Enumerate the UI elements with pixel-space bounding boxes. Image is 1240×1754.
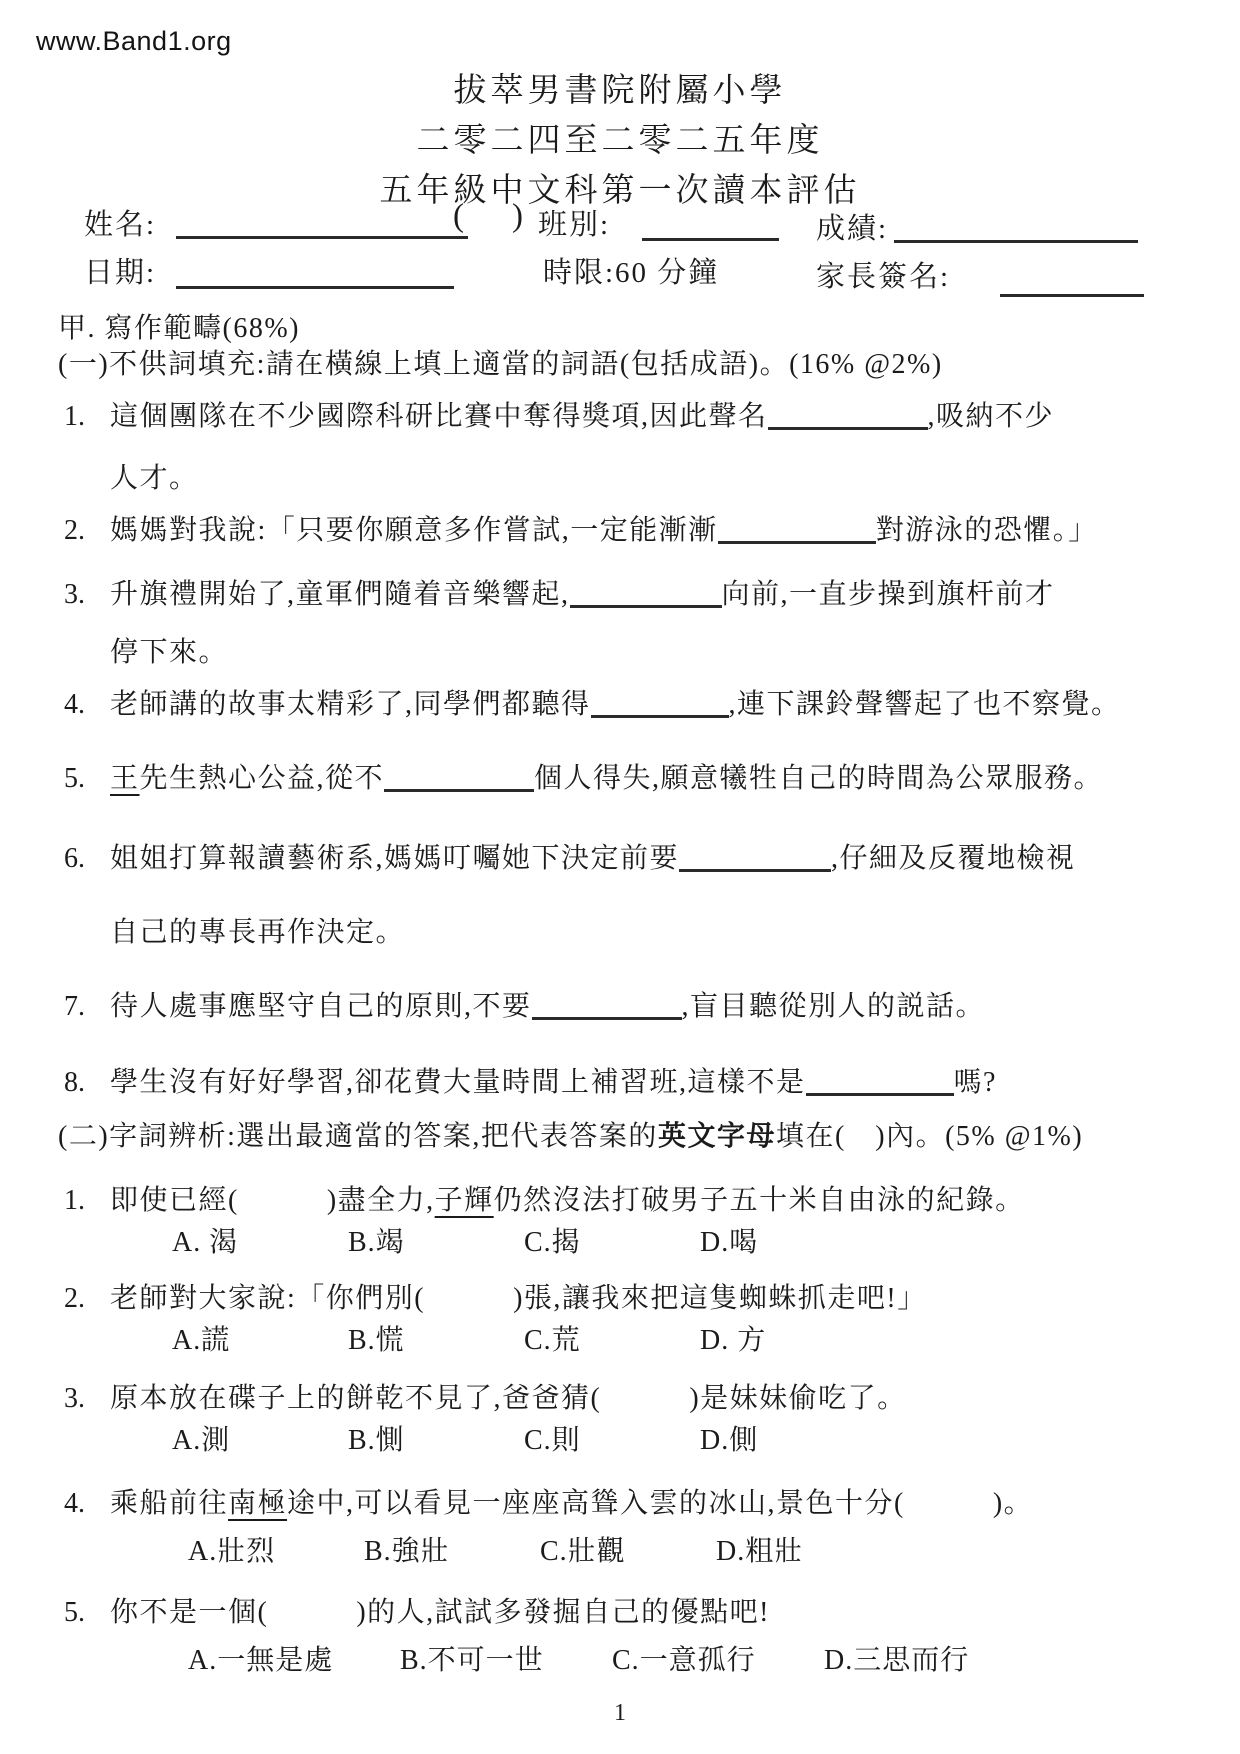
option-d: D.粗壯 [716, 1529, 803, 1569]
question-text: 即使已經( [110, 1185, 239, 1216]
question-text: 老師對大家說:「你們別( [110, 1283, 425, 1314]
score-label: 成績: [816, 206, 888, 247]
question-text: 你不是一個( [110, 1597, 268, 1628]
question-number: 5. [64, 1597, 110, 1629]
question-text: 嗎? [954, 1067, 997, 1098]
options-row: A.測B.惻C.則D.側 [172, 1418, 758, 1458]
class-number-paren-open: ( [453, 198, 466, 235]
question-text: 乘船前往 [110, 1488, 228, 1519]
score-line[interactable] [894, 240, 1138, 243]
mc-question-5: 5.你不是一個()的人,試試多發掘自己的優點吧! [64, 1590, 1204, 1630]
fill-question-5: 5.王先生熱心公益,從不個人得失,願意犧牲自己的時間為公眾服務。 [64, 756, 1204, 796]
answer-blank[interactable] [679, 843, 831, 872]
page-number: 1 [0, 1700, 1240, 1727]
question-text: ,吸納不少 [928, 401, 1055, 432]
question-number: 1. [64, 1185, 110, 1217]
option-a: A.一無是處 [188, 1638, 400, 1678]
option-a: A.謊 [172, 1318, 348, 1358]
answer-paren-slot[interactable] [601, 1381, 689, 1407]
fill-question-2: 2.媽媽對我說:「只要你願意多作嘗試,一定能漸漸對游泳的恐懼。」 [64, 508, 1204, 548]
answer-paren-slot[interactable] [239, 1183, 327, 1209]
option-b: B.不可一世 [400, 1638, 612, 1678]
options-row: A.一無是處B.不可一世C.一意孤行D.三思而行 [188, 1638, 1036, 1678]
option-b: B.慌 [348, 1318, 524, 1358]
option-b: B.竭 [348, 1220, 524, 1260]
part1-heading: (一)不供詞填充:請在橫線上填上適當的詞語(包括成語)。(16% @2%) [58, 342, 1198, 382]
school-name: 拔萃男書院附屬小學 [0, 64, 1240, 111]
date-line[interactable] [176, 286, 454, 289]
option-a: A.壯烈 [188, 1529, 364, 1569]
answer-blank[interactable] [806, 1067, 954, 1096]
question-text: )是妹妹偷吃了。 [689, 1383, 906, 1414]
option-c: C.揭 [524, 1220, 700, 1260]
section-a-heading: 甲. 寫作範疇(68%) [58, 306, 1198, 346]
answer-paren-slot[interactable] [425, 1281, 513, 1307]
class-label: 班別: [538, 202, 610, 243]
answer-blank[interactable] [718, 515, 876, 544]
question-number: 3. [64, 1383, 110, 1415]
option-d: D.喝 [700, 1220, 758, 1260]
answer-blank[interactable] [570, 579, 722, 608]
question-number: 2. [64, 1283, 110, 1315]
part2-heading: (二)字詞辨析:選出最適當的答案,把代表答案的英文字母填在( )內。(5% @1… [58, 1114, 1198, 1154]
option-d: D.側 [700, 1418, 758, 1458]
option-b: B.強壯 [364, 1529, 540, 1569]
question-text: 這個團隊在不少國際科研比賽中奪得獎項,因此聲名 [110, 401, 768, 432]
parent-signature-line[interactable] [1000, 294, 1144, 297]
fill-question-3: 3.升旗禮開始了,童軍們隨着音樂響起,向前,一直步操到旗杆前才 [64, 572, 1204, 612]
class-number-paren-close: ) [512, 198, 525, 235]
fill-question-1: 1.這個團隊在不少國際科研比賽中奪得獎項,因此聲名,吸納不少 [64, 394, 1204, 434]
underlined-word: 子輝 [435, 1185, 494, 1216]
option-c: C.則 [524, 1418, 700, 1458]
underlined-word: 王 [110, 763, 140, 794]
question-text: 待人處事應堅守自己的原則,不要 [110, 991, 532, 1022]
question-number: 4. [64, 1488, 110, 1520]
question-number: 2. [64, 515, 110, 547]
question-text-continuation: 自己的專長再作決定。 [110, 910, 405, 950]
question-text: )張,讓我來把這隻蜘蛛抓走吧!」 [513, 1283, 927, 1314]
question-text: 向前,一直步操到旗杆前才 [722, 579, 1055, 610]
parent-signature-label: 家長簽名: [816, 254, 950, 295]
question-number: 6. [64, 843, 110, 875]
question-number: 8. [64, 1067, 110, 1099]
question-text: )的人,試試多發掘自己的優點吧! [356, 1597, 770, 1628]
answer-blank[interactable] [384, 763, 534, 792]
part2-heading-text: (二)字詞辨析:選出最適當的答案,把代表答案的 [58, 1121, 658, 1152]
time-limit-label: 時限:60 分鐘 [543, 250, 719, 291]
question-text: ,仔細及反覆地檢視 [831, 843, 1076, 874]
options-row: A.壯烈B.強壯C.壯觀D.粗壯 [188, 1529, 803, 1569]
fill-question-7: 7.待人處事應堅守自己的原則,不要,盲目聽從別人的説話。 [64, 984, 1204, 1024]
question-number: 5. [64, 763, 110, 795]
option-a: A.測 [172, 1418, 348, 1458]
option-b: B.惻 [348, 1418, 524, 1458]
question-text-continuation: 人才。 [110, 456, 199, 496]
option-c: C.荒 [524, 1318, 700, 1358]
underlined-word: 南極 [228, 1488, 287, 1519]
mc-question-1: 1.即使已經()盡全力,子輝仍然沒法打破男子五十米自由泳的紀錄。 [64, 1178, 1204, 1218]
question-text: 老師講的故事太精彩了,同學們都聽得 [110, 689, 591, 720]
question-text: 對游泳的恐懼。」 [876, 515, 1098, 546]
question-text: 姐姐打算報讀藝術系,媽媽叮囑她下決定前要 [110, 843, 679, 874]
question-number: 1. [64, 401, 110, 433]
fill-question-4: 4.老師講的故事太精彩了,同學們都聽得,連下課鈴聲響起了也不察覺。 [64, 682, 1204, 722]
options-row: A. 渴B.竭C.揭D.喝 [172, 1220, 758, 1260]
question-number: 7. [64, 991, 110, 1023]
question-text-continuation: 停下來。 [110, 630, 228, 670]
mc-question-4: 4.乘船前往南極途中,可以看見一座座高聳入雲的冰山,景色十分()。 [64, 1481, 1204, 1521]
option-a: A. 渴 [172, 1220, 348, 1260]
mc-question-3: 3.原本放在碟子上的餅乾不見了,爸爸猜()是妹妹偷吃了。 [64, 1376, 1204, 1416]
question-text: )盡全力, [327, 1185, 435, 1216]
question-number: 3. [64, 579, 110, 611]
answer-blank[interactable] [591, 689, 729, 718]
answer-blank[interactable] [768, 401, 928, 430]
question-text: 途中,可以看見一座座高聳入雲的冰山,景色十分( [287, 1488, 905, 1519]
fill-question-8: 8.學生沒有好好學習,卻花費大量時間上補習班,這樣不是嗎? [64, 1060, 1204, 1100]
question-text: 原本放在碟子上的餅乾不見了,爸爸猜( [110, 1383, 601, 1414]
answer-blank[interactable] [532, 991, 682, 1020]
option-d: D.三思而行 [824, 1638, 1036, 1678]
question-text: 媽媽對我說:「只要你願意多作嘗試,一定能漸漸 [110, 515, 718, 546]
watermark: www.Band1.org [36, 26, 232, 57]
academic-year: 二零二四至二零二五年度 [0, 114, 1240, 161]
question-number: 4. [64, 689, 110, 721]
question-text: ,連下課鈴聲響起了也不察覺。 [729, 689, 1121, 720]
question-text: 學生沒有好好學習,卻花費大量時間上補習班,這樣不是 [110, 1067, 806, 1098]
answer-paren-slot[interactable] [268, 1595, 356, 1621]
part2-heading-text: 填在( )內。(5% @1%) [776, 1121, 1083, 1152]
name-label: 姓名: [84, 202, 156, 243]
exam-paper-page: www.Band1.org 拔萃男書院附屬小學 二零二四至二零二五年度 五年級中… [0, 0, 1240, 1754]
class-line[interactable] [642, 238, 779, 241]
question-text: )。 [993, 1488, 1033, 1519]
question-text: 先生熱心公益,從不 [140, 763, 385, 794]
mc-question-2: 2.老師對大家說:「你們別()張,讓我來把這隻蜘蛛抓走吧!」 [64, 1276, 1204, 1316]
date-label: 日期: [84, 250, 156, 291]
option-c: C.一意孤行 [612, 1638, 824, 1678]
name-line[interactable] [176, 236, 468, 239]
exam-title: 五年級中文科第一次讀本評估 [0, 164, 1240, 211]
option-d: D. 方 [700, 1318, 766, 1358]
question-text: ,盲目聽從別人的説話。 [682, 991, 986, 1022]
part2-heading-bold: 英文字母 [658, 1121, 776, 1152]
question-text: 個人得失,願意犧牲自己的時間為公眾服務。 [534, 763, 1103, 794]
answer-paren-slot[interactable] [905, 1486, 993, 1512]
fill-question-6: 6.姐姐打算報讀藝術系,媽媽叮囑她下決定前要,仔細及反覆地檢視 [64, 836, 1204, 876]
question-text: 仍然沒法打破男子五十米自由泳的紀錄。 [494, 1185, 1025, 1216]
options-row: A.謊B.慌C.荒D. 方 [172, 1318, 766, 1358]
question-text: 升旗禮開始了,童軍們隨着音樂響起, [110, 579, 570, 610]
option-c: C.壯觀 [540, 1529, 716, 1569]
